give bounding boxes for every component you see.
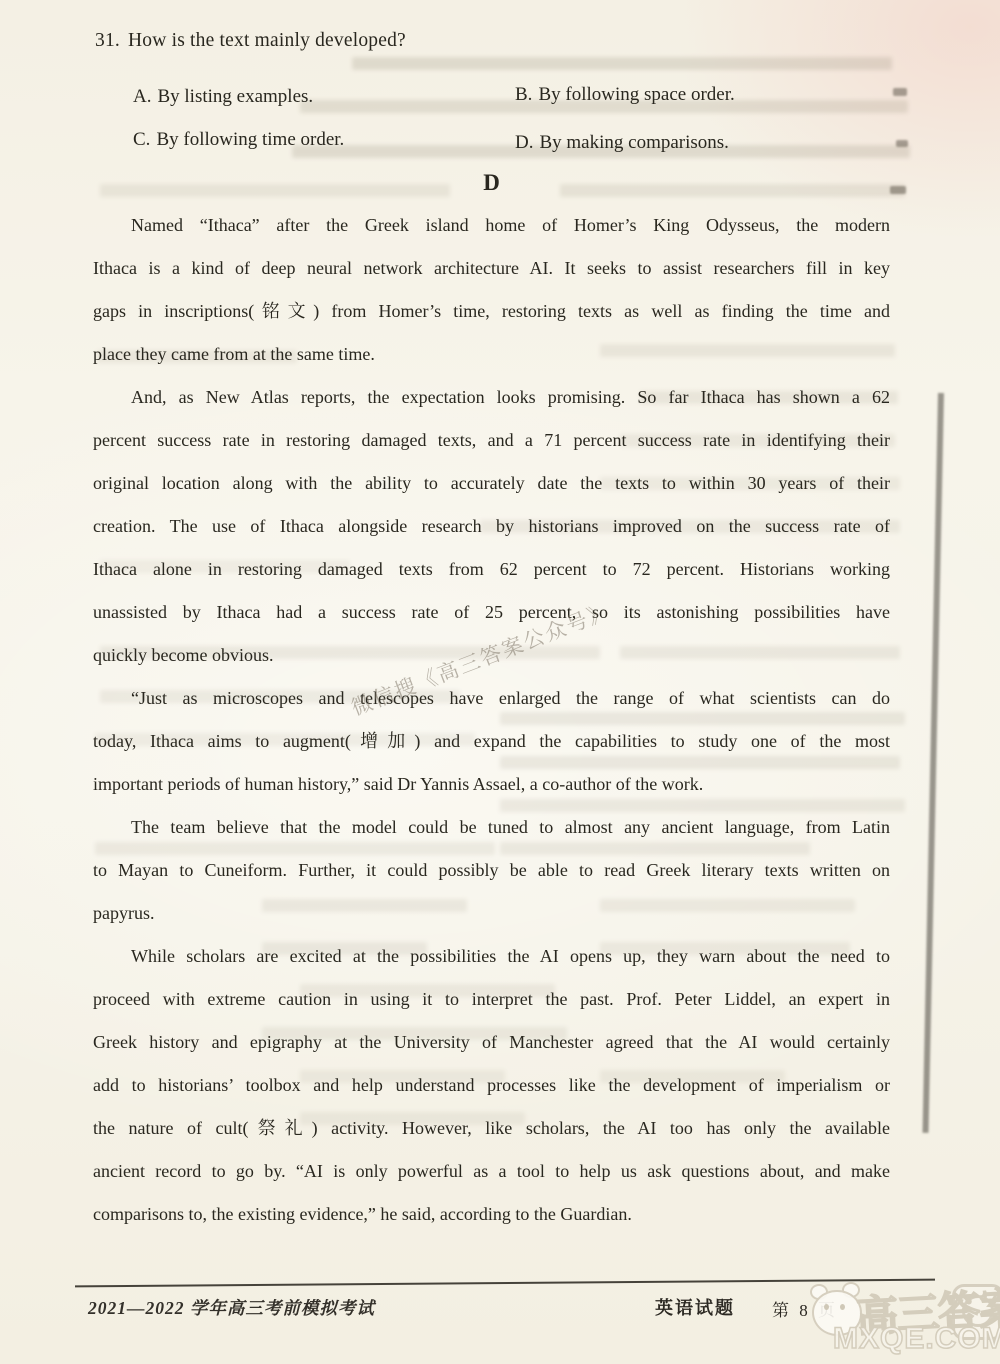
- passage-line: While scholars are excited at the possib…: [93, 935, 890, 978]
- passage-line: ancient record to go by. “AI is only pow…: [93, 1150, 890, 1193]
- option-a-label: A.: [133, 86, 157, 107]
- option-c: C.By following time order.: [133, 129, 344, 151]
- passage-line: add to historians’ toolbox and help unde…: [93, 1064, 890, 1107]
- logo-watermark-site: MXQE.COM: [833, 1322, 1000, 1356]
- option-c-label: C.: [133, 129, 156, 150]
- option-c-text: By following time order.: [156, 129, 344, 150]
- passage-line: today, Ithaca aims to augment(增加) and ex…: [93, 720, 890, 763]
- option-d-text: By making comparisons.: [539, 132, 728, 153]
- question-text: How is the text mainly developed?: [128, 30, 406, 51]
- footer-subject: 英语试题: [655, 1294, 735, 1320]
- footer-rule: [75, 1279, 935, 1288]
- section-header: D: [93, 170, 890, 196]
- option-d: D.By making comparisons.: [515, 132, 729, 154]
- passage-line: “Just as microscopes and telescopes have…: [93, 677, 890, 720]
- passage-line: important periods of human history,” sai…: [93, 763, 890, 806]
- passage-line: the nature of cult(祭礼) activity. However…: [93, 1107, 890, 1150]
- passage-line: place they came from at the same time.: [93, 333, 890, 376]
- passage-line: proceed with extreme caution in using it…: [93, 978, 890, 1021]
- passage-line: to Mayan to Cuneiform. Further, it could…: [93, 849, 890, 892]
- passage-line: gaps in inscriptions(铭文) from Homer’s ti…: [93, 290, 890, 333]
- passage-line: unassisted by Ithaca had a success rate …: [93, 591, 890, 634]
- logo-eye-icon: [840, 1304, 845, 1310]
- scanned-exam-page: { "question": { "number": "31.", "text":…: [0, 0, 1000, 1364]
- passage-line: Named “Ithaca” after the Greek island ho…: [93, 204, 890, 247]
- logo-eye-icon: [824, 1304, 829, 1310]
- option-b-label: B.: [515, 84, 538, 105]
- option-b: B.By following space order.: [515, 84, 735, 106]
- reading-passage: Named “Ithaca” after the Greek island ho…: [93, 204, 890, 1236]
- option-d-label: D.: [515, 132, 539, 153]
- passage-line: Greek history and epigraphy at the Unive…: [93, 1021, 890, 1064]
- option-b-text: By following space order.: [538, 84, 734, 105]
- passage-line: papyrus.: [93, 892, 890, 935]
- footer-exam-title: 2021—2022 学年高三考前模拟考试: [88, 1295, 375, 1320]
- smudge-mark: [890, 186, 906, 194]
- option-a-text: By listing examples.: [157, 86, 313, 107]
- passage-line: original location along with the ability…: [93, 462, 890, 505]
- smudge-mark: [896, 140, 908, 147]
- page-edge-shadow: [923, 393, 944, 1133]
- smudge-mark: [893, 88, 907, 96]
- passage-line: Ithaca is a kind of deep neural network …: [93, 247, 890, 290]
- passage-line: comparisons to, the existing evidence,” …: [93, 1193, 890, 1236]
- passage-line: The team believe that the model could be…: [93, 806, 890, 849]
- option-a: A.By listing examples.: [133, 86, 313, 108]
- bleed-through-line: [352, 57, 892, 70]
- passage-line: percent success rate in restoring damage…: [93, 419, 890, 462]
- passage-line: And, as New Atlas reports, the expectati…: [93, 376, 890, 419]
- passage-line: Ithaca alone in restoring damaged texts …: [93, 548, 890, 591]
- question-31: 31.How is the text mainly developed?: [95, 30, 905, 52]
- passage-line: creation. The use of Ithaca alongside re…: [93, 505, 890, 548]
- question-number: 31.: [95, 30, 128, 51]
